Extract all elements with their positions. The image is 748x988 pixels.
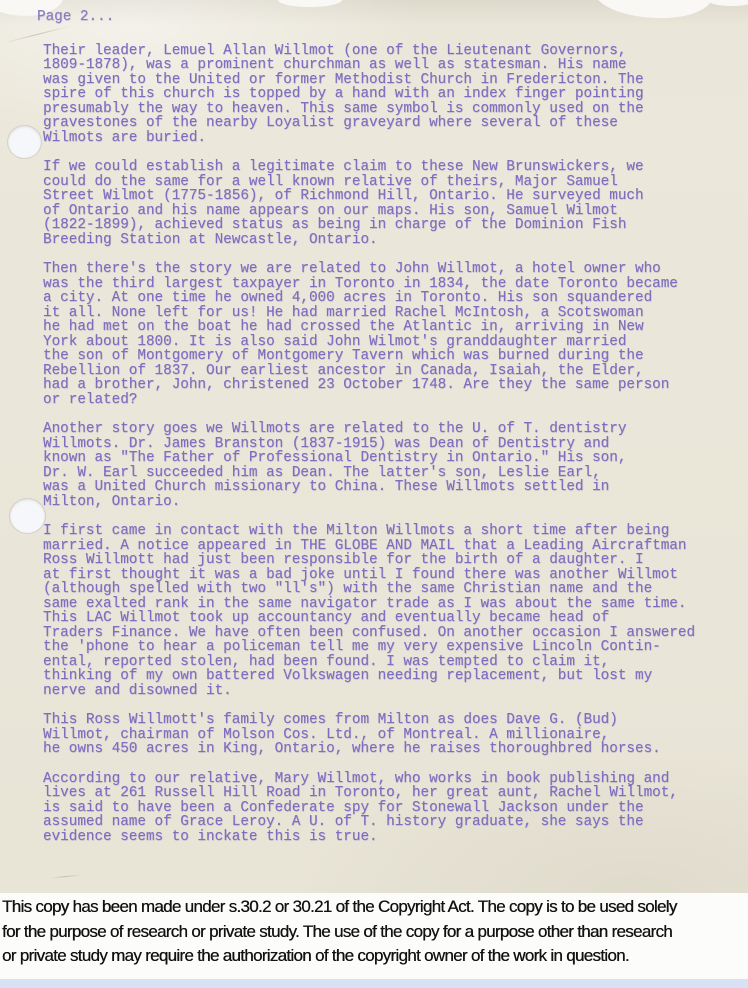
paragraph-ross-willmott-family: This Ross Willmott's family comes from M… — [43, 713, 715, 757]
copyright-notice-line: or private study may require the authori… — [0, 944, 748, 969]
torn-edge — [706, 0, 748, 6]
paragraph-willmot-leader: Their leader, Lemuel Allan Willmot (one … — [43, 44, 715, 146]
scanner-edge-strip — [0, 979, 748, 988]
torn-edge — [278, 0, 342, 7]
paragraph-samuel-street-wilmot: If we could establish a legitimate claim… — [43, 160, 715, 247]
copyright-notice-line: This copy has been made under s.30.2 or … — [0, 895, 748, 920]
paragraph-john-willmot-hotel: Then there's the story we are related to… — [43, 262, 715, 407]
scanned-page: Page 2... Their leader, Lemuel Allan Wil… — [0, 0, 748, 893]
paragraph-dentistry-willmots: Another story goes we Willmots are relat… — [43, 422, 715, 509]
paragraph-mary-willmot: According to our relative, Mary Willmot,… — [43, 772, 715, 845]
copyright-notice-line: for the purpose of research or private s… — [0, 920, 748, 945]
hole-punch — [10, 499, 45, 533]
page-number-header: Page 2... — [37, 10, 715, 25]
crease-mark — [48, 874, 84, 879]
paragraph-milton-willmots: I first came in contact with the Milton … — [43, 524, 715, 698]
typewritten-text: Page 2... Their leader, Lemuel Allan Wil… — [43, 10, 715, 859]
copyright-notice-band: This copy has been made under s.30.2 or … — [0, 893, 748, 988]
hole-punch — [8, 126, 41, 158]
